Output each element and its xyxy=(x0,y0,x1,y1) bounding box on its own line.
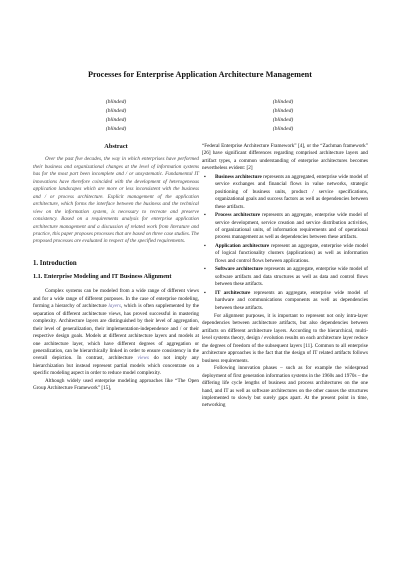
author-block-right: (blinded) (blinded) (blinded) (blinded) xyxy=(243,98,323,134)
body-paragraph: Although widely used enterprise modeling… xyxy=(33,378,199,393)
keyword-layers: layers xyxy=(108,303,121,309)
bullet-term: Application architecture xyxy=(215,243,269,249)
author-line: (blinded) xyxy=(243,98,323,107)
author-line: (blinded) xyxy=(76,107,156,116)
text-run: , which is often supplemented by the sep… xyxy=(33,303,199,361)
list-item: Software architecture represents an aggr… xyxy=(202,266,368,288)
author-line: (blinded) xyxy=(76,125,156,134)
abstract-text: Over the past five decades, the way in w… xyxy=(33,156,199,245)
body-paragraph: Following innovation phases – such as fo… xyxy=(202,365,368,410)
architecture-layer-list: Business architecture represents an aggr… xyxy=(202,174,368,312)
left-column: Abstract Over the past five decades, the… xyxy=(33,143,199,393)
author-line: (blinded) xyxy=(243,116,323,125)
author-line: (blinded) xyxy=(76,116,156,125)
bullet-term: Business architecture xyxy=(215,174,262,180)
abstract-heading: Abstract xyxy=(33,143,199,150)
body-paragraph: Complex systems can be modeled from a wi… xyxy=(33,288,199,377)
subsection-heading: 1.1. Enterprise Modeling and IT Business… xyxy=(33,273,199,281)
author-line: (blinded) xyxy=(243,107,323,116)
list-item: Process architecture represents an aggre… xyxy=(202,212,368,242)
section-heading-introduction: 1. Introduction xyxy=(33,260,199,267)
paper-title: Processes for Enterprise Application Arc… xyxy=(0,70,400,79)
keyword-views: views xyxy=(137,355,148,361)
author-line: (blinded) xyxy=(243,125,323,134)
bullet-term: Software architecture xyxy=(215,266,263,272)
list-item: Application architecture represent an ag… xyxy=(202,243,368,265)
list-item: IT architecture represents an aggregate,… xyxy=(202,290,368,312)
bullet-term: IT architecture xyxy=(215,290,250,296)
author-block-left: (blinded) (blinded) (blinded) (blinded) xyxy=(76,98,156,134)
right-column: “Federal Enterprise Architecture Framewo… xyxy=(202,143,368,410)
author-line: (blinded) xyxy=(76,98,156,107)
list-item: Business architecture represents an aggr… xyxy=(202,174,368,211)
bullet-term: Process architecture xyxy=(215,212,260,218)
body-paragraph: For alignment purposes, it is important … xyxy=(202,313,368,365)
body-paragraph: “Federal Enterprise Architecture Framewo… xyxy=(202,143,368,173)
